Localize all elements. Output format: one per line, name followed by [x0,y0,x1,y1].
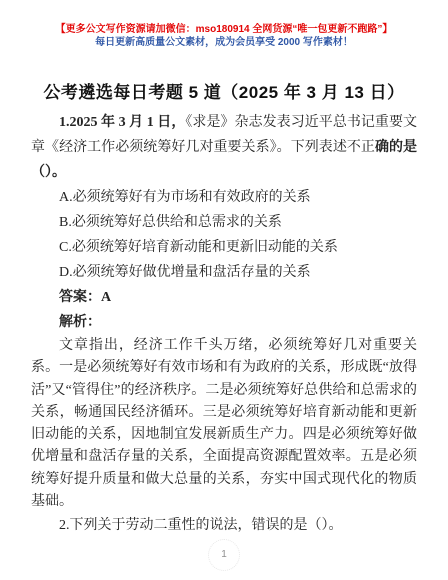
question1-answer: 答案：A [31,285,417,310]
question1-option-b: B.必须统筹好总供给和总需求的关系 [31,210,417,235]
question1-stem: 1.2025 年 3 月 1 日，《求是》杂志发表习近平总书记重要文章《经济工作… [31,110,417,185]
question1-option-d: D.必须统筹好做优增量和盘活存量的关系 [31,260,417,285]
page-number-value: 1 [221,549,227,560]
question1-option-a: A.必须统筹好有为市场和有效政府的关系 [31,185,417,210]
question1-analysis-label: 解析： [31,310,417,335]
document-body: 1.2025 年 3 月 1 日，《求是》杂志发表习近平总书记重要文章《经济工作… [31,110,417,538]
ad-line-blue: 每日更新高质量公文素材，成为会员享受 2000 写作素材！ [0,36,448,49]
page-title: 公考遴选每日考题 5 道（2025 年 3 月 13 日） [0,82,448,104]
document-page: 【更多公文写作资源请加微信：mso180914 全网货源“唯一包更新不跑路”】 … [0,0,448,580]
question1-analysis-text: 文章指出，经济工作千头万绪，必须统筹好几对重要关系。一是必须统筹好有效市场和有为… [31,335,417,513]
question1-option-c: C.必须统筹好培育新动能和更新旧动能的关系 [31,235,417,260]
question2-stem: 2.下列关于劳动二重性的说法，错误的是（）。 [31,513,417,538]
header-ad-block: 【更多公文写作资源请加微信：mso180914 全网货源“唯一包更新不跑路”】 … [0,0,448,49]
page-number: 1 [221,549,227,560]
page-footer: 1 [0,544,448,562]
ad-line-red: 【更多公文写作资源请加微信：mso180914 全网货源“唯一包更新不跑路”】 [0,23,448,36]
question1-stem-date: 1.2025 年 3 月 1 日， [59,115,185,130]
